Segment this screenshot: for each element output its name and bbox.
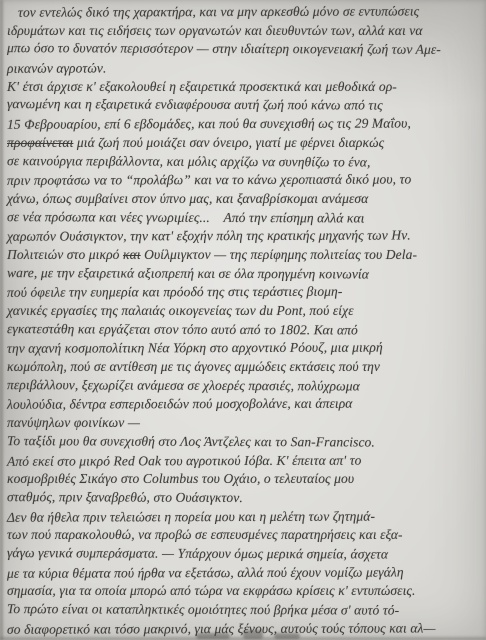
- handwritten-text: Το πρώτο είναι οι καταπληκτικές ομοιότητ…: [7, 601, 399, 618]
- handwritten-text: Ουίλμιγκτον — της περίφημης πολιτείας το…: [141, 247, 417, 262]
- handwritten-line: εγκατεστάθη και εργάζεται στον τόπο αυτό…: [7, 320, 482, 341]
- handwritten-line: πού όφειλε την ευημερία και πρόοδό της σ…: [7, 283, 482, 303]
- handwritten-text: εγκατεστάθη και εργάζεται στον τόπο αυτό…: [7, 321, 358, 337]
- handwritten-text: χανικές εργασίες της παλαιάς οικογενείας…: [7, 303, 354, 318]
- handwritten-line: Το πρώτο είναι οι καταπληκτικές ομοιότητ…: [7, 600, 482, 621]
- handwritten-line: ρικανών αγροτών.: [7, 58, 482, 78]
- handwritten-text: πριν προφτάσω να το “προλάβω” και να το …: [7, 172, 411, 188]
- struck-through-word: προφαίνεται: [7, 135, 73, 150]
- handwritten-line: ware, με την εξαιρετικά αξιοπρεπή και σε…: [7, 264, 482, 285]
- handwritten-text: Το ταξίδι μου θα συνεχισθή στο Λος Άντζε…: [7, 433, 375, 449]
- handwritten-line: χανικές εργασίες της παλαιάς οικογενείας…: [7, 302, 482, 321]
- handwritten-text: μιά ζωή πού μοιάζει σαν όνειρο, γιατί με…: [73, 135, 384, 150]
- handwritten-line: Κ' έτσι άρχισε κ' εξακολουθεί η εξαιρετι…: [7, 78, 482, 97]
- handwritten-text: χάνω, όπως συμβαίνει στον ύπνο μας, και …: [7, 191, 368, 206]
- handwritten-text: χαρωπόν Ουάσιγκτον, την κατ' εξοχήν πόλη…: [7, 228, 411, 244]
- handwritten-text: 15 Φεβρουαρίου, επί 6 εβδομάδες, και πού…: [7, 116, 411, 132]
- handwritten-line: τον εντελώς δικό της χαρακτήρα, και να μ…: [7, 2, 482, 22]
- handwritten-line: Από εκεί στο μικρό Red Oak του αγροτικού…: [7, 451, 482, 471]
- handwritten-text: Πολιτειών στο μικρό: [7, 247, 123, 262]
- handwritten-text: με τα κύρια θέματα πού ήρθα να εξετάσω, …: [7, 564, 404, 580]
- scan-artifact: [274, 633, 300, 639]
- handwritten-line: σε καινούργια περιβάλλοντα, και μόλις αρ…: [7, 152, 482, 173]
- handwritten-text: γανωμένη και η εξαιρετικά ενδιαφέρουσα α…: [7, 97, 383, 113]
- handwritten-line: των πού παρακολουθώ, να προβώ σε εσπευσμ…: [7, 526, 482, 545]
- handwritten-line: σταθμός, πριν ξαναβρεθώ, στο Ουάσιγκτον.: [7, 488, 482, 509]
- handwritten-line: με τα κύρια θέματα πού ήρθα να εξετάσω, …: [7, 563, 482, 583]
- handwritten-text: περιβάλλουν, ξεχωρίζει ανάμεσα σε χλοερέ…: [7, 377, 360, 393]
- handwritten-text: κωμόπολη, πού σε αντίθεση με τις άγονες …: [7, 359, 380, 374]
- handwritten-line: γανωμένη και η εξαιρετικά ενδιαφέρουσα α…: [7, 96, 482, 117]
- handwritten-line: κοσμοβριθές Σικάγο στο Columbus του Οχάι…: [7, 470, 482, 489]
- handwritten-text: μπω όσο το δυνατόν περισσότερον — στην ι…: [7, 40, 441, 57]
- handwritten-text: σε καινούργια περιβάλλοντα, και μόλις αρ…: [7, 153, 371, 169]
- handwritten-text: Κ' έτσι άρχισε κ' εξακολουθεί η εξαιρετι…: [7, 79, 397, 94]
- handwritten-line: σημασία, για τα οποία μπορώ από τώρα να …: [7, 582, 482, 601]
- handwritten-text: σε νέα πρόσωπα και νέες γνωριμίες... Από…: [7, 209, 365, 225]
- handwritten-line: Δεν θα ήθελα πριν τελειώσει η πορεία μου…: [7, 507, 482, 527]
- handwritten-line: περιβάλλουν, ξεχωρίζει ανάμεσα σε χλοερέ…: [7, 376, 482, 397]
- handwritten-line: πριν προφτάσω να το “προλάβω” και να το …: [7, 170, 482, 190]
- handwritten-text: γάγω γενικά συμπεράσματα. — Υπάρχουν όμω…: [7, 545, 388, 561]
- handwritten-line: μπω όσο το δυνατόν περισσότερον — στην ι…: [7, 39, 482, 60]
- handwritten-line: σε νέα πρόσωπα και νέες γνωριμίες... Από…: [7, 208, 482, 229]
- handwritten-text: τον εντελώς δικό της χαρακτήρα, και να μ…: [18, 3, 419, 19]
- handwritten-text: ρικανών αγροτών.: [7, 60, 106, 75]
- handwritten-text: των πού παρακολουθώ, να προβώ σε εσπευσμ…: [7, 527, 403, 542]
- handwritten-line: προφαίνεται μιά ζωή πού μοιάζει σαν όνει…: [7, 134, 482, 153]
- handwritten-text: Δεν θα ήθελα πριν τελειώσει η πορεία μου…: [7, 508, 375, 524]
- handwriting-text-block: τον εντελώς δικό της χαρακτήρα, και να μ…: [0, 0, 486, 638]
- handwritten-text: σημασία, για τα οποία μπορώ από τώρα να …: [7, 583, 415, 598]
- handwritten-text: Από εκεί στο μικρό Red Oak του αγροτικού…: [7, 452, 362, 468]
- handwritten-line: Πολιτειών στο μικρό και Ουίλμιγκτον — τη…: [7, 246, 482, 265]
- manuscript-page: τον εντελώς δικό της χαρακτήρα, και να μ…: [0, 0, 486, 640]
- handwritten-line: 15 Φεβρουαρίου, επί 6 εβδομάδες, και πού…: [7, 114, 482, 134]
- handwritten-text: κοσμοβριθές Σικάγο στο Columbus του Οχάι…: [7, 471, 354, 486]
- handwritten-text: την αχανή κοσμοπολίτικη Νέα Υόρκη στο αρ…: [7, 340, 383, 356]
- handwritten-text: σταθμός, πριν ξαναβρεθώ, στο Ουάσιγκτον.: [7, 489, 243, 505]
- handwritten-line: ιδρυμάτων και τις ειδήσεις των οργανωτών…: [7, 22, 482, 41]
- handwritten-line: χαρωπόν Ουάσιγκτον, την κατ' εξοχήν πόλη…: [7, 227, 482, 247]
- handwritten-text: λουλούδια, δέντρα εσπεριδοειδών πού μοσχ…: [7, 396, 353, 412]
- handwritten-line: την αχανή κοσμοπολίτικη Νέα Υόρκη στο αρ…: [7, 339, 482, 359]
- handwritten-text: πού όφειλε την ευημερία και πρόοδό της σ…: [7, 284, 342, 300]
- handwritten-line: χάνω, όπως συμβαίνει στον ύπνο μας, και …: [7, 190, 482, 209]
- handwritten-line: κωμόπολη, πού σε αντίθεση με τις άγονες …: [7, 358, 482, 377]
- struck-through-word: και: [123, 247, 141, 262]
- handwritten-text: πανύψηλων φοινίκων —: [7, 415, 140, 430]
- handwritten-text: ware, με την εξαιρετικά αξιοπρεπή και σε…: [7, 265, 369, 281]
- scan-artifact: [243, 630, 263, 639]
- handwritten-text: ιδρυμάτων και τις ειδήσεις των οργανωτών…: [7, 23, 423, 38]
- handwritten-line: πανύψηλων φοινίκων —: [7, 414, 482, 433]
- handwritten-line: γάγω γενικά συμπεράσματα. — Υπάρχουν όμω…: [7, 544, 482, 565]
- handwritten-line: Το ταξίδι μου θα συνεχισθή στο Λος Άντζε…: [7, 432, 482, 453]
- handwritten-line: λουλούδια, δέντρα εσπεριδοειδών πού μοσχ…: [7, 395, 482, 415]
- scan-artifact: [196, 633, 230, 639]
